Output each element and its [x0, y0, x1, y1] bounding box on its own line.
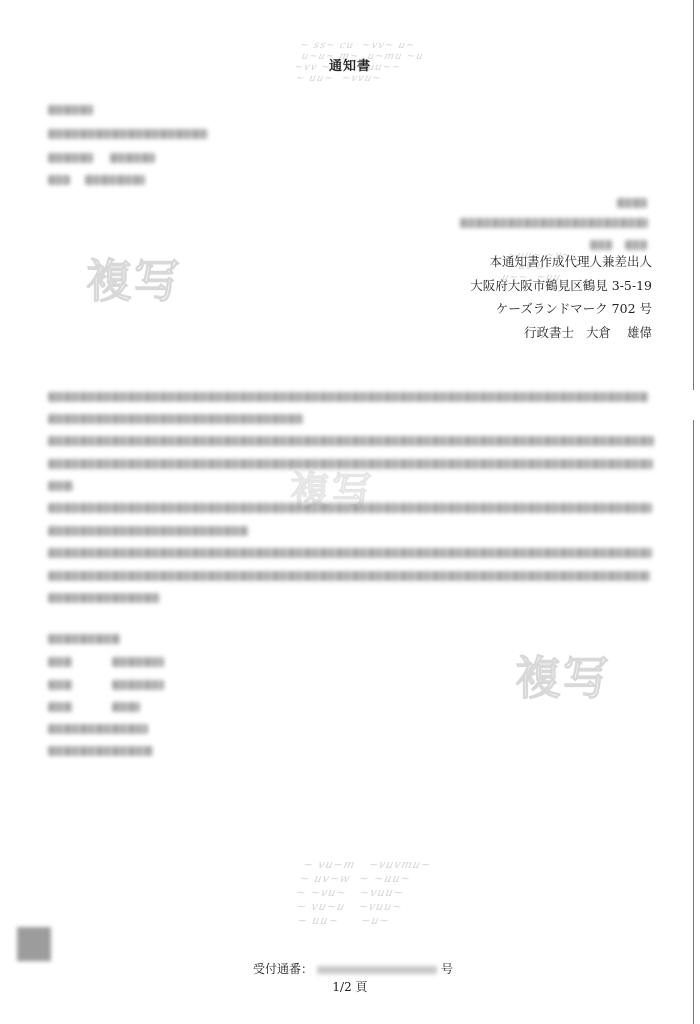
agent-block: 本通知書作成代理人兼差出人 大阪府大阪市鶴見区鶴見 3-5-19 ケーズランドマ…: [470, 250, 652, 344]
redacted-text: [460, 218, 648, 228]
agent-name: 行政書士大倉雄偉: [470, 321, 652, 345]
redacted-text: [48, 593, 160, 603]
qr-code: [17, 927, 51, 961]
redacted-text: [48, 634, 120, 644]
redacted-text: [48, 746, 153, 756]
agent-given-name: 雄偉: [627, 325, 652, 340]
redacted-text: [48, 702, 72, 712]
redacted-text: [48, 724, 148, 734]
redacted-text: [625, 240, 647, 250]
document-title: 通知書: [0, 55, 700, 74]
agent-address-line2: ケーズランドマーク 702 号: [470, 297, 652, 321]
receipt-suffix: 号: [441, 962, 453, 976]
redacted-text: [48, 392, 648, 402]
agent-address-line1: 大阪府大阪市鶴見区鶴見 3-5-19: [470, 274, 652, 298]
page-edge-line: [693, 420, 694, 1024]
redacted-text: [48, 153, 93, 163]
agent-surname: 大倉: [586, 325, 611, 340]
redacted-text: [48, 571, 650, 581]
redacted-text: [48, 175, 70, 185]
copy-watermark-stamp: 複写: [86, 245, 182, 311]
redacted-text: [48, 548, 652, 558]
document-page: ~ ss~ cu ~vv~ u~ u~u~ m~ u~mu ~u ~vv ~u …: [0, 0, 700, 1024]
redacted-text: [48, 657, 72, 667]
redacted-text: [48, 129, 208, 139]
redacted-text: [48, 105, 93, 115]
agent-title: 行政書士: [524, 325, 574, 340]
redacted-text: [48, 481, 73, 491]
redacted-text: [110, 153, 155, 163]
redacted-text: [112, 702, 140, 712]
redacted-text: [112, 657, 164, 667]
receipt-label: 受付通番：: [253, 962, 313, 976]
redacted-text: [48, 436, 654, 446]
redacted-receipt-number: [317, 966, 437, 974]
redacted-text: [48, 459, 653, 469]
copy-watermark-stamp: 複写: [515, 642, 611, 708]
redacted-text: [48, 680, 72, 690]
redacted-text: [112, 680, 164, 690]
copy-watermark-scribble: ~ vu~m ~vuvmu~ ~ uv~w ~ ~uu~ ~ ~vu~ ~vuu…: [287, 858, 433, 928]
redacted-text: [48, 503, 652, 513]
page-indicator: 1/2 頁: [0, 978, 700, 995]
agent-role: 本通知書作成代理人兼差出人: [470, 250, 652, 274]
redacted-text: [48, 414, 303, 424]
redacted-text: [48, 526, 248, 536]
receipt-number: 受付通番：号: [253, 960, 453, 977]
redacted-text: [617, 198, 647, 208]
redacted-text: [590, 240, 612, 250]
redacted-text: [85, 175, 145, 185]
